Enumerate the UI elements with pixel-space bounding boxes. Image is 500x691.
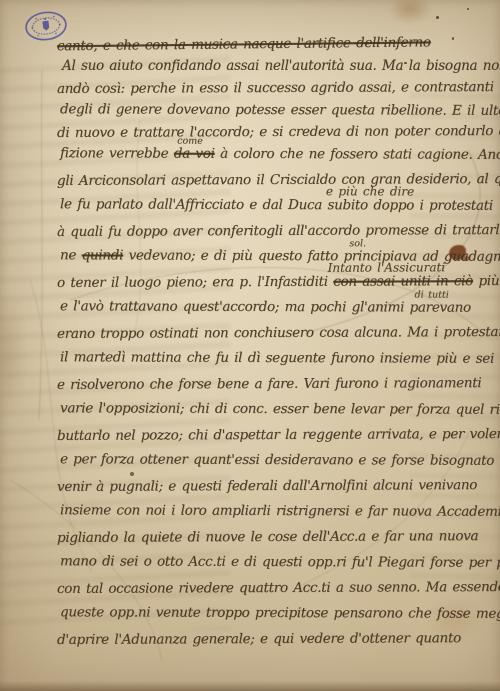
manuscript-line: erano troppo ostinati non conchiusero co… <box>57 324 494 351</box>
manuscript-page: canto, e che con la musica nacque l'arti… <box>0 0 500 691</box>
interlinear-insertion: di tutti <box>415 289 449 300</box>
interlinear-insertion: e più che dire <box>326 184 414 198</box>
manuscript-line: fizione verrebbe comeda voi à coloro che… <box>60 145 497 172</box>
paper-stain <box>388 0 432 24</box>
manuscript-line: andò così: perche in esso il successo ag… <box>57 79 494 103</box>
paper-stain <box>0 290 26 420</box>
manuscript-line: le fu parlato dall'Affricciato e dal Duc… <box>60 196 497 223</box>
manuscript-line: gli Arciconsolari aspettavano il Criscia… <box>57 171 494 198</box>
manuscript-line: varie l'opposizioni; chi di conc. esser … <box>60 400 497 427</box>
interlinear-insertion: Intanto l'Assicurati <box>328 260 446 275</box>
manuscript-line: buttarlo nel pozzo; chi d'aspettar la re… <box>57 426 494 453</box>
manuscript-line: canto, e che con la musica nacque l'arti… <box>57 34 494 61</box>
ink-speck <box>467 8 469 10</box>
manuscript-line: insieme con noi i loro ampliarli ristrig… <box>60 502 497 529</box>
manuscript-line: Al suo aiuto confidando assai nell'autor… <box>62 58 499 80</box>
ink-speck <box>436 16 439 19</box>
manuscript-line: e risolverono che forse bene a fare. Var… <box>57 375 494 402</box>
manuscript-line: con tal occasione rivedere quattro Acc.t… <box>57 579 494 606</box>
manuscript-line: di nuovo e trattare l'accordo; e si cred… <box>57 123 494 147</box>
manuscript-line: à quali fu doppo aver conferitogli all'a… <box>57 222 494 249</box>
manuscript-line: d'aprire l'Adunanza generale; e qui vede… <box>57 630 494 657</box>
manuscript-line: pigliando la quiete di nuove le cose del… <box>57 528 494 555</box>
manuscript-line: e per forza ottener quant'essi desiderav… <box>60 451 497 478</box>
manuscript-line: queste opp.ni venute troppo precipitose … <box>60 604 497 631</box>
manuscript-line: venir à pugnali; e questi federali dall'… <box>57 477 494 504</box>
manuscript-line: degli di genere dovevano potesse esser q… <box>60 101 497 125</box>
manuscript-text: canto, e che con la musica nacque l'arti… <box>57 36 494 656</box>
interlinear-insertion: sol. <box>349 238 366 249</box>
manuscript-line: il martedì mattina che fu il dì seguente… <box>60 349 497 376</box>
manuscript-line: e l'avò trattavano quest'accordo; ma poc… <box>60 298 497 325</box>
manuscript-line: mano di sei o otto Acc.ti e di questi op… <box>60 553 497 580</box>
interlinear-insertion: come <box>177 136 203 147</box>
